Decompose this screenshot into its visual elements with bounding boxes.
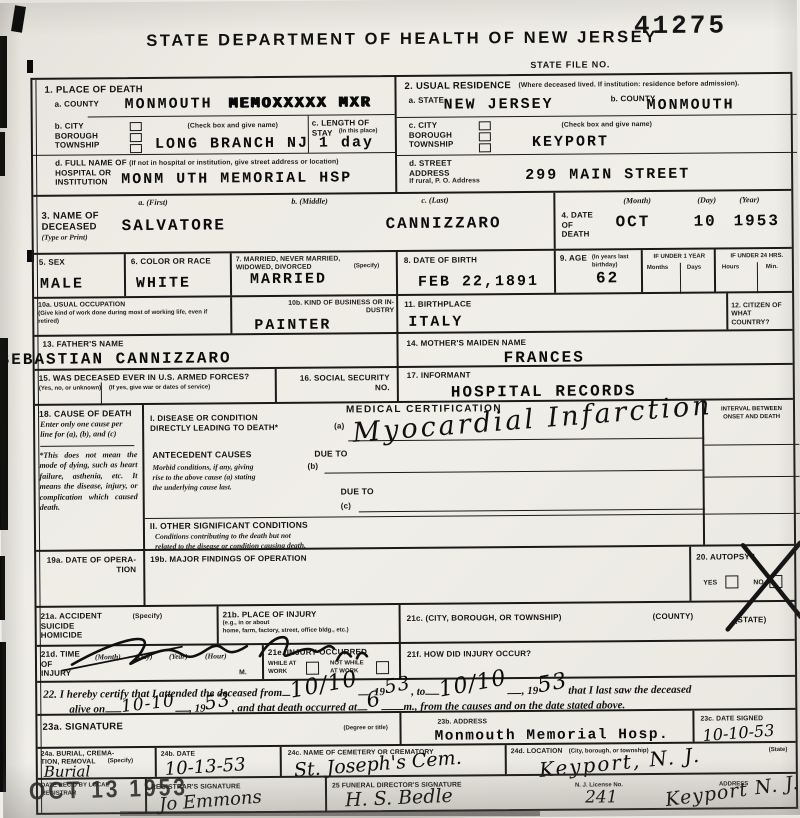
divider bbox=[757, 262, 758, 293]
section-how-injury: 21f. HOW DID INJURY OCCUR? bbox=[399, 641, 799, 678]
section-place-of-death: 1. PLACE OF DEATH a. COUNTY MONMOUTH MEM… bbox=[32, 77, 395, 195]
line-a-mark: (a) bbox=[334, 421, 344, 431]
age-value: 62 bbox=[596, 270, 619, 286]
section-father: 13. FATHER'S NAME SEBASTIAN CANNIZZARO bbox=[34, 334, 396, 369]
row-place-residence: 1. PLACE OF DEATH a. COUNTY MONMOUTH MEM… bbox=[32, 74, 791, 195]
res-county-value: MONMOUTH bbox=[647, 97, 735, 113]
major-findings-label: 19b. MAJOR FINDINGS OF OPERATION bbox=[150, 554, 307, 565]
place-of-injury-hint: (e.g., in or about home, farm, factory, … bbox=[223, 619, 395, 635]
ssn-label: 16. SOCIAL SECURITY NO. bbox=[285, 373, 390, 393]
fd-address-value: Keyport N. J. bbox=[664, 774, 800, 810]
hospital-name-hint: (If not in hospital or institution, give… bbox=[129, 158, 391, 169]
state-value: NEW JERSEY bbox=[444, 97, 554, 113]
month-label: (Month) bbox=[623, 196, 651, 207]
divider bbox=[397, 114, 797, 118]
hand-from-date: 10/10 bbox=[289, 674, 358, 697]
father-label: 13. FATHER'S NAME bbox=[42, 339, 123, 349]
age-hint: (In years last birthday) bbox=[592, 254, 640, 269]
hospital-name-label: d. FULL NAME OF HOSPITAL OR INSTITUTION bbox=[55, 158, 127, 187]
occupation-hint: (Give kind of work done during most of w… bbox=[38, 309, 224, 325]
injury-hour-label: (Hour) bbox=[205, 651, 227, 661]
city-borough-township-label: b. CITY BOROUGH TOWNSHIP bbox=[55, 121, 100, 150]
divider bbox=[40, 445, 134, 447]
section-business-industry: 10b. KIND OF BUSINESS OR IN- DUSTRY PAIN… bbox=[230, 296, 396, 333]
injury-county-label: (COUNTY) bbox=[653, 612, 694, 622]
blank-line bbox=[381, 700, 403, 710]
death-month-value: OCT bbox=[615, 214, 650, 230]
hand-to-date: 10/10 bbox=[438, 672, 507, 695]
row-demographics: 5. SEX MALE 6. COLOR OR RACE WHITE 7. MA… bbox=[34, 247, 792, 297]
certificate-form: 1. PLACE OF DEATH a. COUNTY MONMOUTH MEM… bbox=[30, 72, 798, 815]
section-funeral-director: 25 FUNERAL DIRECTOR'S SIGNATURE N. J. Li… bbox=[325, 774, 800, 813]
blank-line bbox=[357, 700, 367, 710]
divider bbox=[145, 514, 705, 519]
section-race: 6. COLOR OR RACE WHITE bbox=[124, 253, 230, 296]
certificate-number: 41275 bbox=[634, 10, 727, 41]
date-of-death-label: 4. DATE OF DEATH bbox=[561, 210, 593, 239]
armed-forces-hint2: (If yes, give war or dates of service) bbox=[109, 384, 269, 393]
cause-note-2: *This does not mean the mode of dying, s… bbox=[39, 450, 137, 513]
dob-label: 8. DATE OF BIRTH bbox=[404, 255, 477, 265]
birthplace-label: 11. BIRTHPLACE bbox=[404, 299, 471, 309]
section-name-of-deceased: a. (First) b. (Middle) c. (Last) 3. NAME… bbox=[33, 193, 553, 253]
last-name-value: CANNIZZARO bbox=[385, 215, 501, 232]
first-name-label: a. (First) bbox=[138, 198, 167, 209]
injury-city-label: 21c. (CITY, BOROUGH, OR TOWNSHIP) bbox=[407, 613, 562, 624]
dob-value: FEB 22,1891 bbox=[418, 274, 539, 290]
how-injury-label: 21f. HOW DID INJURY OCCUR? bbox=[407, 649, 531, 660]
informant-label: 17. INFORMANT bbox=[407, 370, 471, 380]
funeral-director-value: H. S. Bedle bbox=[345, 787, 453, 811]
disease-condition-label: I. DISEASE OR CONDITION DIRECTLY LEADING… bbox=[150, 413, 278, 433]
citizen-label: 12. CITIZEN OF WHAT COUNTRY? bbox=[731, 302, 796, 328]
section-ssn: 16. SOCIAL SECURITY NO. bbox=[275, 368, 397, 402]
res-check-box-hint: (Check box and give name) bbox=[522, 121, 692, 131]
autopsy-yes-checkbox bbox=[725, 575, 738, 588]
length-of-stay-value: 1 day bbox=[319, 135, 374, 150]
father-value: SEBASTIAN CANNIZZARO bbox=[0, 350, 232, 368]
cause-line-b bbox=[324, 470, 704, 474]
section-burial-type: 24a. BURIAL, CREMA- TION, REMOVAL (Speci… bbox=[38, 748, 155, 778]
blank-line bbox=[508, 684, 522, 694]
divider bbox=[33, 152, 395, 156]
section-autopsy: 20. AUTOPSY? YES NO bbox=[689, 546, 798, 601]
under-1-year-label: IF UNDER 1 YEAR bbox=[643, 254, 716, 262]
injury-occurred-label: 21e. INJURY OCCURRED bbox=[268, 647, 367, 657]
divider bbox=[680, 263, 681, 294]
section-under-1-year: IF UNDER 1 YEAR Months Days bbox=[641, 250, 714, 293]
autopsy-no-label: NO bbox=[753, 579, 763, 588]
section-time-of-injury: 21d. TIME OF INJURY (Month) (Day) (Year)… bbox=[37, 645, 262, 681]
county-label: a. COUNTY bbox=[55, 99, 100, 109]
degree-title-hint: (Degree or title) bbox=[343, 725, 387, 733]
row-name-date: a. (First) b. (Middle) c. (Last) 3. NAME… bbox=[33, 189, 791, 253]
while-at-work-label: WHILE AT WORK bbox=[268, 661, 296, 676]
sex-value: MALE bbox=[40, 276, 84, 291]
min-label: Min. bbox=[766, 264, 778, 272]
injury-year-label: (Year) bbox=[169, 652, 188, 662]
last-name-label: c. (Last) bbox=[421, 196, 448, 207]
row-operation-autopsy: 19a. DATE OF OPERA- TION 19b. MAJOR FIND… bbox=[36, 544, 794, 606]
death-year-value: 1953 bbox=[733, 213, 780, 229]
location-state-hint: (State) bbox=[769, 747, 788, 755]
hand-time-of-death: 6 bbox=[366, 693, 382, 706]
death-certificate-scan: STATE DEPARTMENT OF HEALTH OF NEW JERSEY… bbox=[0, 0, 800, 818]
section-usual-residence: 2. USUAL RESIDENCE (Where deceased lived… bbox=[394, 74, 795, 192]
accident-label: 21a. ACCIDENT SUICIDE HOMICIDE bbox=[41, 611, 103, 640]
under-24-hrs-label: IF UNDER 24 HRS. bbox=[716, 253, 798, 261]
injury-month-label: (Month) bbox=[95, 652, 121, 662]
section-date-of-death: (Month) (Day) (Year) 4. DATE OF DEATH OC… bbox=[553, 191, 795, 249]
divider bbox=[705, 476, 800, 478]
location-label: 24d. LOCATION bbox=[511, 748, 563, 757]
document-title: STATE DEPARTMENT OF HEALTH OF NEW JERSEY bbox=[137, 28, 667, 51]
autopsy-label: 20. AUTOPSY? bbox=[696, 552, 755, 562]
section-birthplace: 11. BIRTHPLACE ITALY bbox=[396, 293, 726, 332]
divider bbox=[705, 513, 800, 515]
hospital-name-value: MONM UTH MEMORIAL HSP bbox=[121, 170, 352, 187]
section-sex: 5. SEX MALE bbox=[34, 254, 124, 297]
section-physician-address: 23b. ADDRESS Monmouth Memorial Hosp. bbox=[399, 711, 692, 744]
burial-hint: (Specify) bbox=[108, 758, 133, 766]
sex-label: 5. SEX bbox=[39, 258, 65, 268]
section-date-of-birth: 8. DATE OF BIRTH FEB 22,1891 bbox=[396, 251, 554, 294]
hours-label: Hours bbox=[722, 264, 739, 272]
section-physician-signature: 23a. SIGNATURE (Degree or title) bbox=[37, 713, 399, 747]
months-label: Months bbox=[647, 265, 668, 273]
antecedent-causes-label: ANTECEDENT CAUSES bbox=[152, 449, 251, 460]
race-label: 6. COLOR OR RACE bbox=[131, 256, 211, 266]
section-medical-certification: MEDICAL CERTIFICATION I. DISEASE OR COND… bbox=[142, 401, 703, 549]
section-date-of-operation: 19a. DATE OF OPERA- TION bbox=[36, 551, 143, 606]
checkbox bbox=[479, 121, 491, 130]
race-value: WHITE bbox=[136, 276, 191, 291]
not-while-at-work-checkbox bbox=[376, 661, 389, 674]
row-cause-of-death: 18. CAUSE OF DEATH Enter only one cause … bbox=[35, 398, 794, 550]
day-label: (Day) bbox=[697, 196, 716, 207]
res-city-label: c. CITY BOROUGH TOWNSHIP bbox=[409, 121, 454, 150]
blank-line bbox=[105, 702, 121, 712]
cause-note-1: Enter only one cause per line for (a), (… bbox=[40, 419, 134, 441]
checkbox bbox=[479, 143, 491, 152]
divider bbox=[704, 444, 799, 446]
accident-hint: (Specify) bbox=[133, 613, 163, 622]
hand-alive-year: 53 bbox=[204, 695, 231, 709]
section-injury-location: 21c. (CITY, BOROUGH, OR TOWNSHIP) (COUNT… bbox=[399, 602, 799, 642]
armed-forces-label: 15. WAS DECEASED EVER IN U.S. ARMED FORC… bbox=[39, 372, 250, 383]
section-cemetery-location: 24d. LOCATION (City, borough, or townshi… bbox=[505, 743, 800, 774]
section-under-24-hrs: IF UNDER 24 HRS. Hours Min. bbox=[714, 249, 796, 292]
place-of-death-label: 1. PLACE OF DEATH bbox=[44, 84, 142, 96]
hand-to-year: 53 bbox=[537, 675, 568, 691]
type-or-print-hint: (Type or Print) bbox=[42, 232, 88, 242]
marital-value: MARRIED bbox=[250, 272, 327, 288]
occupation-value: PAINTER bbox=[254, 318, 331, 334]
license-no-value: 241 bbox=[585, 789, 618, 806]
year-label: (Year) bbox=[739, 195, 759, 206]
line-c-mark: (c) bbox=[341, 501, 351, 511]
birthplace-value: ITALY bbox=[408, 315, 463, 330]
mother-label: 14. MOTHER'S MAIDEN NAME bbox=[406, 338, 526, 349]
date-of-operation-label: 19a. DATE OF OPERA- TION bbox=[40, 555, 136, 575]
section-place-of-injury: 21b. PLACE OF INJURY (e.g., in or about … bbox=[217, 605, 399, 643]
divider bbox=[397, 152, 797, 156]
checkbox bbox=[130, 122, 142, 131]
street-address-value: 299 MAIN STREET bbox=[525, 167, 690, 183]
time-of-injury-label: 21d. TIME OF INJURY bbox=[41, 650, 80, 679]
autopsy-yes-label: YES bbox=[703, 580, 717, 589]
divider bbox=[308, 116, 309, 153]
blank-line bbox=[175, 702, 189, 712]
occupation-label: 10a. USUAL OCCUPATION bbox=[38, 301, 125, 310]
row-time-of-injury: 21d. TIME OF INJURY (Month) (Day) (Year)… bbox=[37, 639, 795, 681]
due-to-label: DUE TO bbox=[314, 448, 347, 458]
section-age: 9. AGE (In years last birthday) 62 bbox=[554, 250, 641, 293]
physician-address-label: 23b. ADDRESS bbox=[437, 718, 487, 727]
section-cemetery: 24c. NAME OF CEMETERY OR CREMATORY St. J… bbox=[280, 745, 505, 776]
checkbox bbox=[130, 144, 142, 153]
injury-m-label: M. bbox=[239, 669, 247, 678]
morbid-conditions-note: Morbid conditions, if any, giving rise t… bbox=[152, 462, 255, 492]
received-date-stamp: OCT 13 1953 bbox=[29, 774, 189, 806]
county-value: MONMOUTH bbox=[125, 96, 213, 112]
divider bbox=[88, 114, 395, 117]
due-to-label-2: DUE TO bbox=[341, 486, 374, 496]
blank-line bbox=[425, 685, 439, 695]
age-label: 9. AGE bbox=[560, 254, 587, 264]
check-box-hint: (Check box and give name) bbox=[163, 122, 303, 132]
middle-name-label: b. (Middle) bbox=[291, 197, 328, 208]
section-informant: 17. INFORMANT HOSPITAL RECORDS bbox=[397, 365, 797, 401]
other-conditions-label: II. OTHER SIGNIFICANT CONDITIONS bbox=[150, 520, 308, 531]
days-label: Days bbox=[687, 265, 701, 273]
line-b-mark: (b) bbox=[307, 462, 318, 472]
section-burial-date: 24b. DATE 10-13-53 bbox=[155, 747, 280, 777]
street-address-hint: If rural, P. O. Address bbox=[409, 177, 480, 186]
section-mother: 14. MOTHER'S MAIDEN NAME FRANCES bbox=[396, 331, 796, 366]
section-major-findings: 19b. MAJOR FINDINGS OF OPERATION bbox=[143, 547, 689, 605]
death-day-value: 10 bbox=[693, 214, 716, 230]
checkbox bbox=[130, 133, 142, 142]
section-citizen: 12. CITIZEN OF WHAT COUNTRY? bbox=[726, 293, 796, 330]
street-address-label: d. STREET ADDRESS bbox=[409, 159, 452, 179]
state-file-no-label: STATE FILE NO. bbox=[530, 59, 610, 70]
row-occupation: 10a. USUAL OCCUPATION (Give kind of work… bbox=[34, 291, 792, 335]
injury-state-label: (STATE) bbox=[735, 615, 767, 625]
cause-of-death-label: 18. CAUSE OF DEATH bbox=[39, 408, 132, 419]
place-of-injury-label: 21b. PLACE OF INJURY bbox=[223, 610, 317, 620]
signature-label: 23a. SIGNATURE bbox=[42, 721, 123, 733]
section-marital-status: 7. MARRIED, NEVER MARRIED, WIDOWED, DIVO… bbox=[230, 252, 396, 295]
row-accident: 21a. ACCIDENT SUICIDE HOMICIDE (Specify)… bbox=[37, 600, 795, 645]
autopsy-no-checkbox bbox=[769, 575, 782, 588]
section-armed-forces: 15. WAS DECEASED EVER IN U.S. ARMED FORC… bbox=[35, 369, 275, 404]
section-date-signed: 23c. DATE SIGNED 10-10-53 bbox=[692, 710, 799, 742]
city-value: LONG BRANCH NJ bbox=[155, 136, 309, 152]
res-city-value: KEYPORT bbox=[532, 134, 609, 150]
section-usual-occupation: 10a. USUAL OCCUPATION (Give kind of work… bbox=[34, 297, 230, 335]
county-struck-text: MEMOXXXXX MXR bbox=[229, 95, 372, 111]
armed-forces-hint1: (Yes, no, or unknown) bbox=[39, 385, 101, 393]
section-accident-suicide: 21a. ACCIDENT SUICIDE HOMICIDE (Specify) bbox=[37, 606, 217, 644]
injury-day-label: (Day) bbox=[135, 652, 153, 662]
hand-from-year: 53 bbox=[384, 679, 411, 693]
section-interval: INTERVAL BETWEEN ONSET AND DEATH bbox=[702, 400, 798, 545]
business-label: 10b. KIND OF BUSINESS OR IN- DUSTRY bbox=[236, 299, 394, 317]
section-cause-of-death-note: 18. CAUSE OF DEATH Enter only one cause … bbox=[35, 405, 143, 550]
hand-alive-date: 10-10 bbox=[120, 697, 175, 712]
usual-residence-label: 2. USUAL RESIDENCE bbox=[404, 80, 511, 92]
usual-residence-hint: (Where deceased lived. If institution: r… bbox=[518, 80, 790, 91]
state-label: a. STATE bbox=[409, 96, 445, 106]
cause-line-c bbox=[359, 509, 705, 513]
interval-label: INTERVAL BETWEEN ONSET AND DEATH bbox=[704, 406, 799, 422]
first-name-value: SALVATORE bbox=[121, 217, 226, 234]
checkbox bbox=[479, 132, 491, 141]
name-of-deceased-label: 3. NAME OF DECEASED bbox=[41, 210, 99, 233]
divider bbox=[101, 382, 102, 405]
marital-hint: (Specify) bbox=[354, 263, 379, 271]
